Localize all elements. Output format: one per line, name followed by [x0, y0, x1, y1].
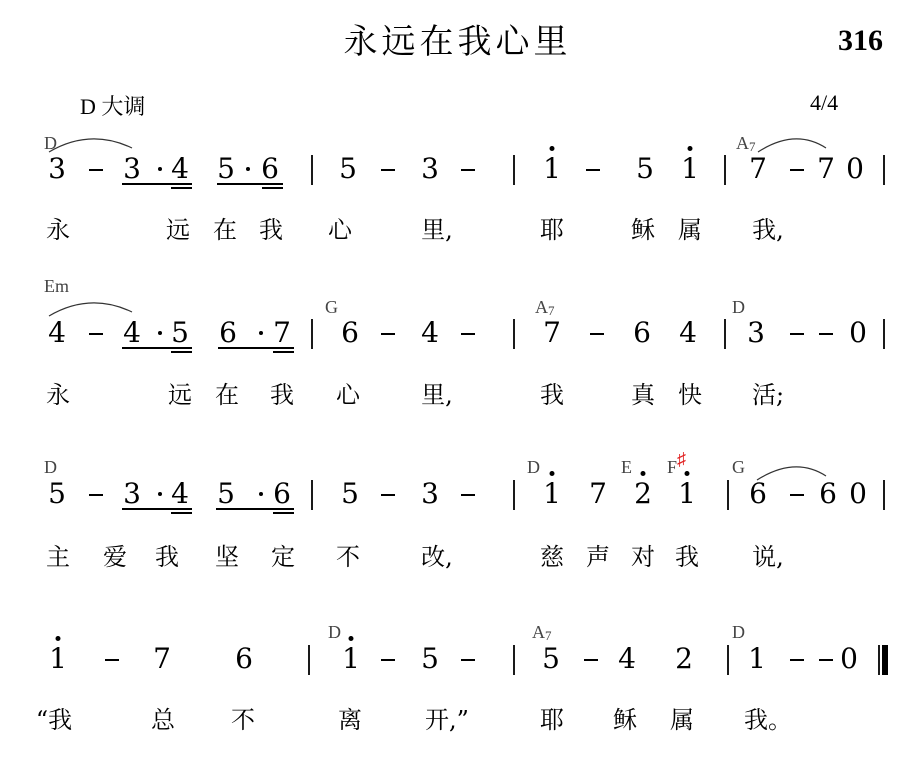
- bar-line: [311, 319, 313, 349]
- high-octave-dot: [641, 471, 646, 476]
- note: 7: [273, 319, 291, 347]
- bar-line: [513, 480, 515, 510]
- chord-symbol: A7: [736, 134, 756, 153]
- lyric-syllable: 改,: [421, 545, 453, 569]
- lyric-syllable: 声: [586, 545, 610, 569]
- chord-symbol: D: [328, 623, 341, 641]
- note: 5: [636, 155, 654, 183]
- augmentation-dot: [259, 492, 263, 496]
- extension-dash: [590, 333, 604, 335]
- extension-dash: [105, 659, 119, 661]
- bar-line: [727, 480, 729, 510]
- lyric-syllable: 我: [270, 383, 294, 407]
- lyric-syllable: 心: [328, 218, 352, 242]
- lyric-syllable: 不: [336, 545, 360, 569]
- note: 7: [589, 480, 607, 508]
- note: 0: [846, 155, 864, 183]
- note: 1: [342, 645, 360, 673]
- lyric-syllable: 定: [271, 545, 295, 569]
- beam: [122, 347, 192, 349]
- beam: [273, 351, 294, 353]
- augmentation-dot: [158, 492, 162, 496]
- lyric-syllable: 快: [678, 383, 702, 407]
- high-octave-dot: [550, 146, 555, 151]
- chord-symbol: A7: [532, 623, 552, 642]
- chord-symbol: D: [527, 458, 540, 476]
- note: 3: [123, 155, 141, 183]
- note: 5: [341, 480, 359, 508]
- lyric-syllable: 我: [155, 545, 179, 569]
- bar-line: [883, 480, 885, 510]
- extension-dash: [461, 494, 475, 496]
- note: 6: [273, 480, 291, 508]
- time-signature: 4/4: [810, 90, 838, 116]
- lyric-syllable: 我: [259, 218, 283, 242]
- lyric-syllable: “我: [36, 708, 72, 732]
- beam: [122, 183, 192, 185]
- note: 1: [681, 155, 699, 183]
- chord-symbol: E: [621, 458, 632, 476]
- bar-line: [513, 319, 515, 349]
- lyric-syllable: 稣: [613, 708, 637, 732]
- note: 7: [543, 319, 561, 347]
- bar-line: [724, 155, 726, 185]
- beam: [122, 508, 192, 510]
- bar-line: [883, 319, 885, 349]
- note: 3: [747, 319, 765, 347]
- lyric-syllable: 不: [231, 708, 255, 732]
- note: 5: [421, 645, 439, 673]
- extension-dash: [584, 659, 598, 661]
- lyric-syllable: 里,: [421, 383, 453, 407]
- note: 5: [217, 480, 235, 508]
- lyric-syllable: 主: [46, 545, 70, 569]
- note: 4: [48, 319, 66, 347]
- lyric-syllable: 说,: [752, 545, 784, 569]
- note: 1: [49, 645, 67, 673]
- augmentation-dot: [259, 331, 263, 335]
- note: 1: [543, 155, 561, 183]
- beam: [216, 508, 294, 510]
- bar-line: [513, 155, 515, 185]
- note: 1: [543, 480, 561, 508]
- extension-dash: [461, 333, 475, 335]
- augmentation-dot: [246, 167, 250, 171]
- lyric-syllable: 坚: [215, 545, 239, 569]
- beam: [171, 351, 192, 353]
- note: 6: [749, 480, 767, 508]
- note: 2: [634, 480, 652, 508]
- final-bar-line: [878, 645, 880, 675]
- note: 5: [339, 155, 357, 183]
- note: 2: [675, 645, 693, 673]
- note: 4: [171, 155, 189, 183]
- high-octave-dot: [685, 471, 690, 476]
- note: 6: [219, 319, 237, 347]
- hymn-number: 316: [838, 24, 883, 58]
- lyric-syllable: 在: [215, 383, 239, 407]
- extension-dash: [381, 333, 395, 335]
- bar-line: [513, 645, 515, 675]
- lyric-syllable: 活;: [752, 383, 784, 407]
- beam: [171, 512, 192, 514]
- lyric-syllable: 耶: [540, 708, 564, 732]
- extension-dash: [819, 333, 833, 335]
- lyric-syllable: 永: [46, 218, 70, 242]
- extension-dash: [790, 659, 804, 661]
- note: 4: [171, 480, 189, 508]
- key-signature: D 大调: [80, 90, 145, 121]
- lyric-syllable: 离: [338, 708, 362, 732]
- lyric-syllable: 耶: [540, 218, 564, 242]
- beam: [217, 183, 283, 185]
- note: 6: [633, 319, 651, 347]
- lyric-syllable: 总: [151, 708, 175, 732]
- lyric-syllable: 心: [336, 383, 360, 407]
- note: 6: [261, 155, 279, 183]
- chord-symbol: D: [44, 134, 57, 152]
- bar-line: [308, 645, 310, 675]
- lyric-syllable: 真: [631, 383, 655, 407]
- lyric-syllable: 开,”: [425, 708, 469, 732]
- chord-symbol: F♯: [667, 458, 686, 476]
- extension-dash: [819, 659, 833, 661]
- chord-symbol: Em: [44, 277, 69, 295]
- note: 7: [153, 645, 171, 673]
- beam: [171, 187, 192, 189]
- note: 1: [748, 645, 766, 673]
- augmentation-dot: [158, 331, 162, 335]
- lyric-syllable: 在: [213, 218, 237, 242]
- extension-dash: [461, 659, 475, 661]
- lyric-syllable: 属: [678, 218, 702, 242]
- chord-symbol: D: [732, 623, 745, 641]
- note: 5: [171, 319, 189, 347]
- high-octave-dot: [688, 146, 693, 151]
- note: 0: [840, 645, 858, 673]
- bar-line: [311, 155, 313, 185]
- extension-dash: [790, 494, 804, 496]
- lyric-syllable: 远: [166, 218, 190, 242]
- extension-dash: [461, 169, 475, 171]
- note: 4: [679, 319, 697, 347]
- note: 3: [123, 480, 141, 508]
- note: 3: [421, 480, 439, 508]
- final-bar-line-thick: [882, 645, 888, 675]
- lyric-syllable: 永: [46, 383, 70, 407]
- lyric-syllable: 里,: [421, 218, 453, 242]
- lyric-syllable: 慈: [540, 545, 564, 569]
- chord-symbol: D: [44, 458, 57, 476]
- lyric-syllable: 我。: [744, 708, 792, 732]
- bar-line: [727, 645, 729, 675]
- high-octave-dot: [349, 636, 354, 641]
- note: 7: [749, 155, 767, 183]
- note: 5: [48, 480, 66, 508]
- note: 0: [849, 480, 867, 508]
- extension-dash: [381, 169, 395, 171]
- chord-symbol: D: [732, 298, 745, 316]
- note: 3: [48, 155, 66, 183]
- extension-dash: [89, 494, 103, 496]
- note: 3: [421, 155, 439, 183]
- lyric-syllable: 远: [168, 383, 192, 407]
- chord-symbol: G: [325, 298, 338, 316]
- bar-line: [311, 480, 313, 510]
- extension-dash: [790, 333, 804, 335]
- note: 5: [217, 155, 235, 183]
- extension-dash: [586, 169, 600, 171]
- chord-symbol: A7: [535, 298, 555, 317]
- note: 0: [849, 319, 867, 347]
- beam: [218, 347, 294, 349]
- high-octave-dot: [56, 636, 61, 641]
- lyric-syllable: 属: [670, 708, 694, 732]
- note: 6: [819, 480, 837, 508]
- beam: [273, 512, 294, 514]
- note: 7: [817, 155, 835, 183]
- extension-dash: [381, 659, 395, 661]
- lyric-syllable: 我: [540, 383, 564, 407]
- note: 6: [235, 645, 253, 673]
- bar-line: [883, 155, 885, 185]
- lyric-syllable: 对: [631, 545, 655, 569]
- augmentation-dot: [158, 167, 162, 171]
- bar-line: [724, 319, 726, 349]
- chord-symbol: G: [732, 458, 745, 476]
- note: 5: [542, 645, 560, 673]
- beam: [262, 187, 283, 189]
- high-octave-dot: [550, 471, 555, 476]
- note: 6: [341, 319, 359, 347]
- extension-dash: [381, 494, 395, 496]
- note: 4: [123, 319, 141, 347]
- lyric-syllable: 我,: [752, 218, 784, 242]
- sharp-icon: ♯: [677, 449, 686, 469]
- hymn-title: 永远在我心里: [0, 14, 915, 63]
- note: 4: [618, 645, 636, 673]
- extension-dash: [790, 169, 804, 171]
- lyric-syllable: 爱: [103, 545, 127, 569]
- extension-dash: [89, 333, 103, 335]
- extension-dash: [89, 169, 103, 171]
- note: 4: [421, 319, 439, 347]
- lyric-syllable: 稣: [631, 218, 655, 242]
- lyric-syllable: 我: [675, 545, 699, 569]
- note: 1: [678, 480, 696, 508]
